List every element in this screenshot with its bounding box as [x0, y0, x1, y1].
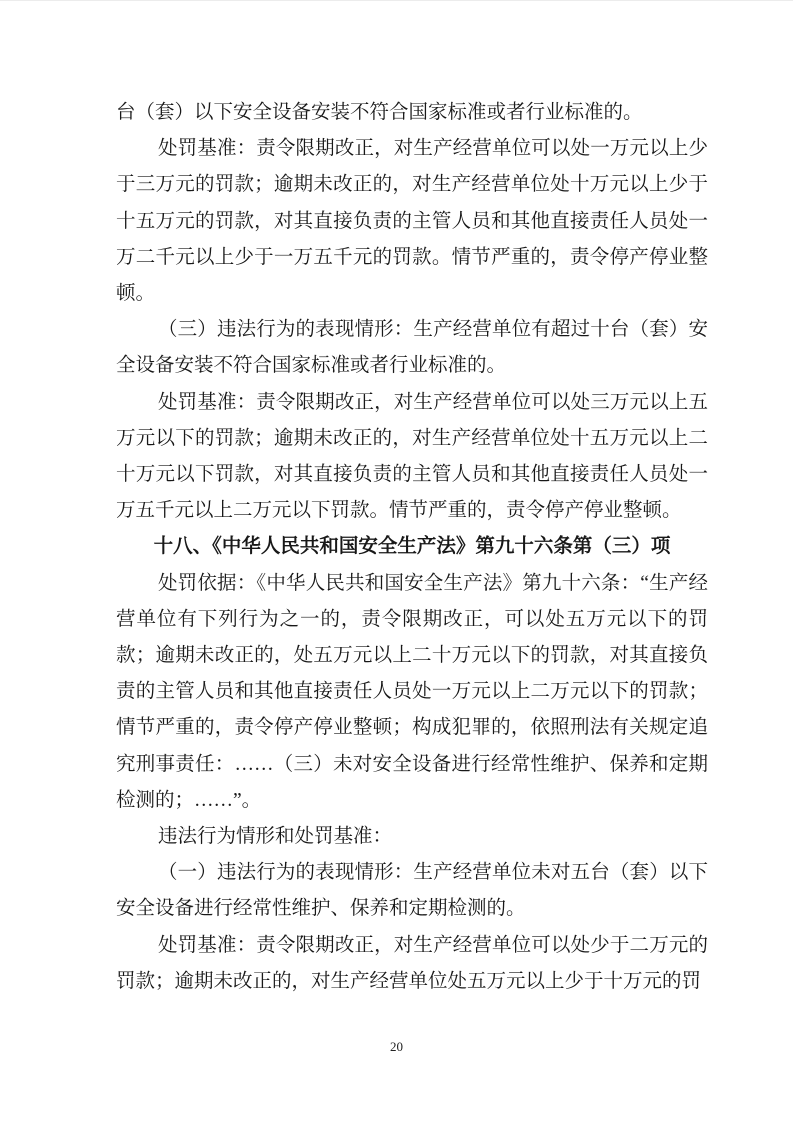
paragraph-violation-situation-1: （一）违法行为的表现情形：生产经营单位未对五台（套）以下安全设备进行经常性维护、…	[116, 855, 708, 927]
paragraph-penalty-standard-3: 处罚基准：责令限期改正，对生产经营单位可以处三万元以上五万元以下的罚款；逾期未改…	[116, 385, 708, 530]
paragraph-penalty-basis: 处罚依据：《中华人民共和国安全生产法》第九十六条：“生产经营单位有下列行为之一的…	[116, 566, 708, 819]
page-number: 20	[0, 1038, 793, 1056]
paragraph-penalty-standard-2: 处罚基准：责令限期改正，对生产经营单位可以处一万元以上少于三万元的罚款；逾期未改…	[116, 131, 708, 312]
paragraph-violation-situation-3: （三）违法行为的表现情形：生产经营单位有超过十台（套）安全设备安装不符合国家标准…	[116, 312, 708, 384]
paragraph-penalty-standard-1-cutoff: 处罚基准：责令限期改正，对生产经营单位可以处少于二万元的罚款；逾期未改正的，对生…	[116, 928, 708, 1000]
paragraph-continuation: 台（套）以下安全设备安装不符合国家标准或者行业标准的。	[116, 95, 708, 131]
page-body: 台（套）以下安全设备安装不符合国家标准或者行业标准的。 处罚基准：责令限期改正，…	[116, 95, 708, 1000]
paragraph-standards-intro: 违法行为情形和处罚基准：	[116, 819, 708, 855]
section-heading: 十八、《中华人民共和国安全生产法》第九十六条第（三）项	[116, 529, 708, 565]
document-page: 台（套）以下安全设备安装不符合国家标准或者行业标准的。 处罚基准：责令限期改正，…	[0, 0, 793, 1122]
